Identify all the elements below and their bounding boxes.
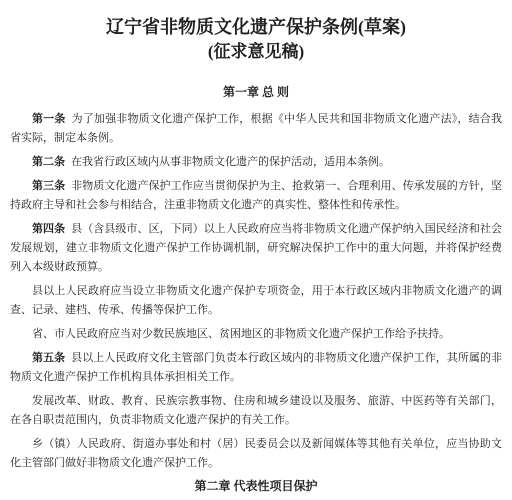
paragraph-text: 发展改革、财政、教育、民族宗教事物、住房和城乡建设以及服务、旅游、中医药等有关部… — [10, 395, 502, 426]
paragraph: 县以上人民政府应当设立非物质文化遗产保护专项资金，用于本行政区域内非物质文化遗产… — [10, 282, 502, 320]
chapter-heading-1: 第一章 总 则 — [10, 84, 502, 100]
chapter-heading-2: 第二章 代表性项目保护 — [10, 478, 502, 494]
paragraph: 乡（镇）人民政府、街道办事处和村（居）民委员会以及新闻媒体等其他有关单位，应当协… — [10, 435, 502, 473]
paragraph-text: 县以上人民政府应当设立非物质文化遗产保护专项资金，用于本行政区域内非物质文化遗产… — [10, 285, 502, 316]
paragraph: 第三条非物质文化遗产保护工作应当贯彻保护为主、抢救第一、合理利用、传承发展的方针… — [10, 177, 502, 215]
paragraph-text: 在我省行政区域内从事非物质文化遗产的保护活动，适用本条例。 — [71, 156, 390, 168]
paragraph: 第四条县（含县级市、区，下同）以上人民政府应当将非物质文化遗产保护纳入国民经济和… — [10, 220, 502, 277]
paragraph-text: 县以上人民政府文化主管部门负责本行政区域内的非物质文化遗产保护工作，其所属的非物… — [10, 352, 502, 383]
paragraph: 第五条县以上人民政府文化主管部门负责本行政区域内的非物质文化遗产保护工作，其所属… — [10, 349, 502, 387]
document-body: 第一条为了加强非物质文化遗产保护工作，根据《中华人民共和国非物质文化遗产法》，结… — [10, 110, 502, 473]
paragraph: 发展改革、财政、教育、民族宗教事物、住房和城乡建设以及服务、旅游、中医药等有关部… — [10, 392, 502, 430]
paragraph-text: 乡（镇）人民政府、街道办事处和村（居）民委员会以及新闻媒体等其他有关单位，应当协… — [10, 438, 502, 469]
paragraph-text: 县（含县级市、区，下同）以上人民政府应当将非物质文化遗产保护纳入国民经济和社会发… — [10, 223, 502, 273]
paragraph: 省、市人民政府应当对少数民族地区、贫困地区的非物质文化遗产保护工作给予扶持。 — [10, 325, 502, 344]
paragraph-text: 为了加强非物质文化遗产保护工作，根据《中华人民共和国非物质文化遗产法》，结合我省… — [10, 113, 502, 144]
paragraph-text: 非物质文化遗产保护工作应当贯彻保护为主、抢救第一、合理利用、传承发展的方针，坚持… — [10, 180, 502, 211]
document-title: 辽宁省非物质文化遗产保护条例(草案) — [10, 14, 502, 40]
article-number-label: 第二条 — [32, 156, 65, 168]
paragraph: 第一条为了加强非物质文化遗产保护工作，根据《中华人民共和国非物质文化遗产法》，结… — [10, 110, 502, 148]
paragraph-text: 省、市人民政府应当对少数民族地区、贫困地区的非物质文化遗产保护工作给予扶持。 — [32, 328, 450, 340]
document-subtitle: (征求意见稿) — [10, 40, 502, 64]
article-number-label: 第四条 — [32, 223, 65, 235]
article-number-label: 第三条 — [32, 180, 65, 192]
article-number-label: 第一条 — [32, 113, 66, 125]
document-page: 辽宁省非物质文化遗产保护条例(草案) (征求意见稿) 第一章 总 则 第一条为了… — [0, 0, 512, 500]
article-number-label: 第五条 — [32, 352, 65, 364]
paragraph: 第二条在我省行政区域内从事非物质文化遗产的保护活动，适用本条例。 — [10, 153, 502, 172]
